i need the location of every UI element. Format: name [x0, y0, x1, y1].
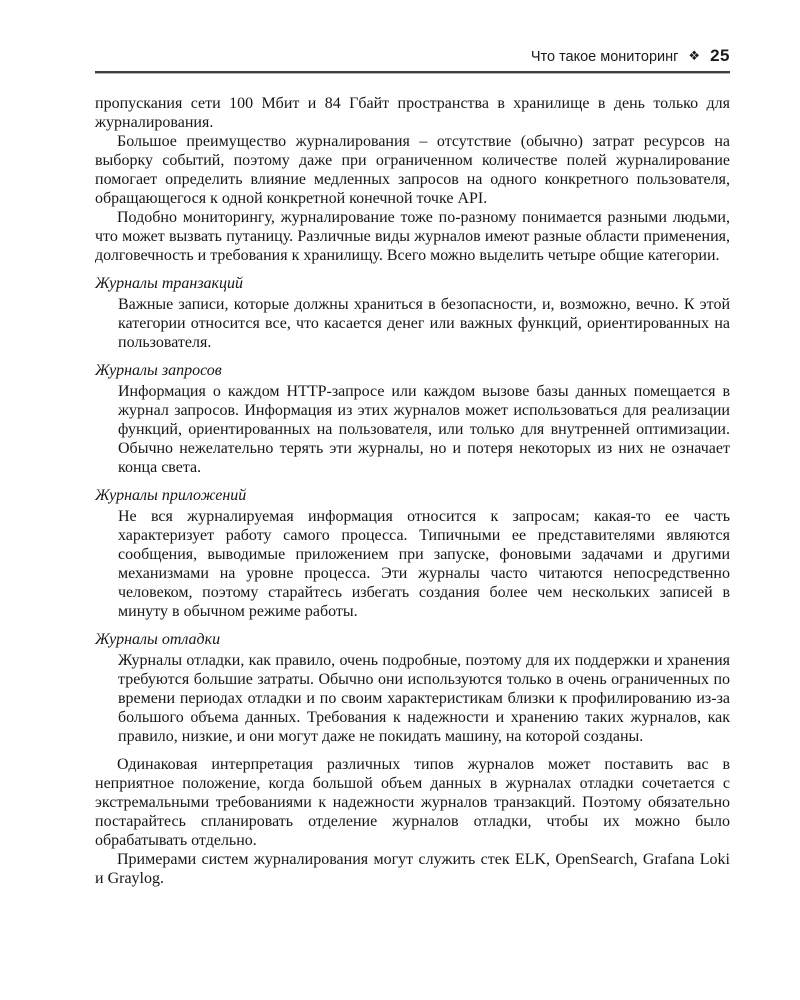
paragraph: Подобно мониторингу, журналирование тоже… — [95, 208, 730, 265]
section-heading: Журналы транзакций — [95, 274, 730, 293]
running-head-title: Что такое мониторинг — [531, 49, 679, 65]
paragraph: Примерами систем журналирования могут сл… — [95, 850, 730, 888]
section-heading: Журналы запросов — [95, 361, 730, 380]
page-number: 25 — [710, 46, 730, 66]
section-paragraph: Информация о каждом HTTP-запросе или каж… — [95, 382, 730, 477]
section-paragraph: Не вся журналируемая информация относитс… — [95, 507, 730, 621]
page-header: Что такое мониторинг ❖ 25 — [95, 46, 730, 66]
diamond-icon: ❖ — [688, 48, 700, 64]
paragraph: пропускания сети 100 Мбит и 84 Гбайт про… — [95, 94, 730, 132]
paragraph: Одинаковая интерпретация различных типов… — [95, 755, 730, 850]
paragraph: Большое преимущество журналирования – от… — [95, 132, 730, 208]
book-page: Что такое мониторинг ❖ 25 пропускания се… — [0, 0, 800, 1000]
section-paragraph: Журналы отладки, как правило, очень подр… — [95, 651, 730, 746]
section-paragraph: Важные записи, которые должны храниться … — [95, 295, 730, 352]
header-rule — [95, 71, 730, 74]
section-heading: Журналы приложений — [95, 486, 730, 505]
page-body: пропускания сети 100 Мбит и 84 Гбайт про… — [95, 94, 730, 888]
section-heading: Журналы отладки — [95, 630, 730, 649]
